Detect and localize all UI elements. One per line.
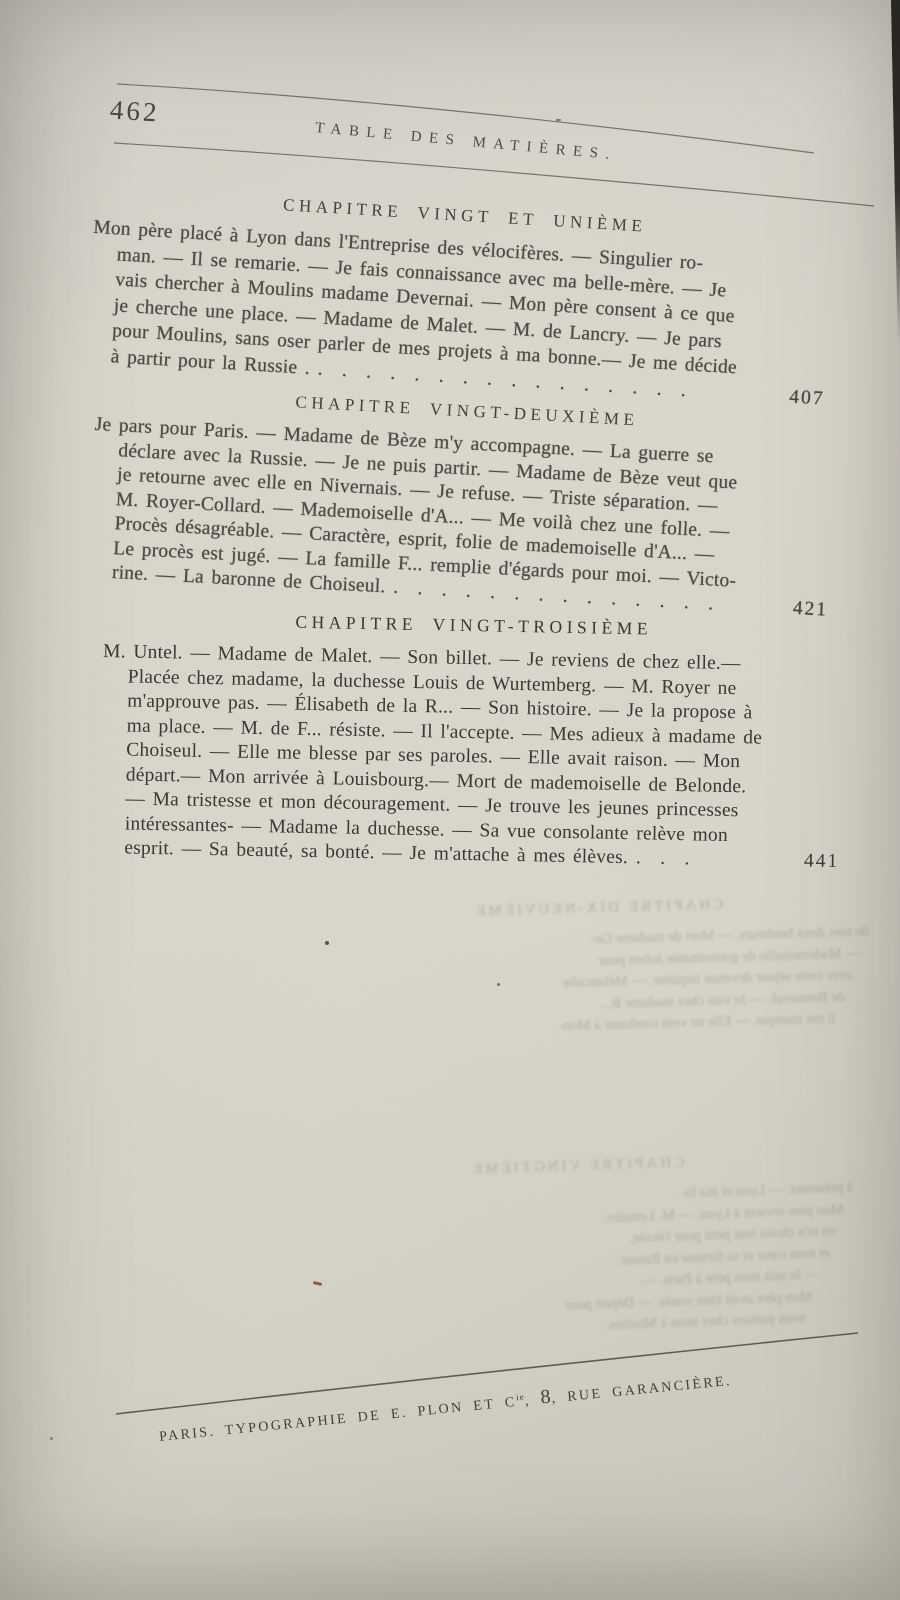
page-number: 462	[109, 95, 160, 129]
ghost-line: il me manque. — Elle ne veut confiante à…	[321, 1007, 881, 1044]
toc-section-chapter-23: CHAPITRE VINGT-TROISIÈME M. Untel. — Mad…	[99, 608, 844, 875]
ghost-line: et mon cœur et sa fortune en Russie.	[295, 1242, 865, 1283]
ghost-line: de Bonneval. — Je vais chez madame R...	[321, 986, 881, 1023]
bleed-through-text: CHAPITRE DIX-NEUVIÈME de mes deux bonheu…	[318, 892, 882, 1044]
toc-section-chapter-22: CHAPITRE VINGT-DEUXIÈME Je pars pour Par…	[86, 382, 838, 623]
dust-speck	[50, 1437, 53, 1440]
ghost-line: nous partons chez nous à Moulins.	[298, 1306, 868, 1347]
ghost-chapter-heading: CHAPITRE DIX-NEUVIÈME	[318, 892, 878, 925]
dust-speck	[325, 941, 329, 945]
ghost-line: à présenter. — Lyon et ma fa-	[293, 1177, 863, 1218]
dust-speck	[556, 119, 561, 121]
ghost-line: — Je suis mon père à Paris. —	[296, 1263, 866, 1304]
ghost-line: avec cette séjour devenue inquiète. — Mé…	[320, 964, 880, 1001]
ghost-line: Mon père revient à Lyon. — M. Lemaire.	[294, 1199, 864, 1240]
printer-imprint: PARIS. TYPOGRAPHIE DE E. PLON ET Cie, 8,…	[158, 1368, 733, 1447]
ghost-line: on m'a choisi tout petit pour l'école,	[295, 1220, 865, 1261]
fiber-mark	[313, 1281, 322, 1286]
toc-section-chapter-21: CHAPITRE VINGT ET UNIÈME Mon père placé …	[85, 184, 835, 412]
dust-speck	[497, 983, 500, 986]
bleed-through-text: CHAPITRE VINGTIÈME à présenter. — Lyon e…	[292, 1148, 868, 1347]
toc-page-number: 421	[792, 597, 828, 623]
page-edge-shadow	[888, 0, 900, 345]
dot-leader: . . .	[628, 846, 805, 874]
ghost-line: Mon père avait bien voulu. — Départ pour	[297, 1285, 867, 1326]
running-title: TABLE DES MATIÈRES.	[314, 120, 617, 164]
book-page: 462 TABLE DES MATIÈRES. CHAPITRE DIX-NEU…	[0, 0, 900, 1600]
imprint-text: PARIS. TYPOGRAPHIE DE E. PLON ET C	[159, 1395, 518, 1445]
toc-page-number: 441	[804, 849, 840, 874]
toc-page-number: 407	[789, 384, 826, 412]
ghost-line: de mes deux bonheurs. — Mort de madame G…	[319, 921, 879, 958]
ghost-line: — Mademoiselle de gouvernante Julien pou…	[320, 943, 880, 980]
ghost-chapter-heading: CHAPITRE VINGTIÈME	[292, 1148, 862, 1185]
